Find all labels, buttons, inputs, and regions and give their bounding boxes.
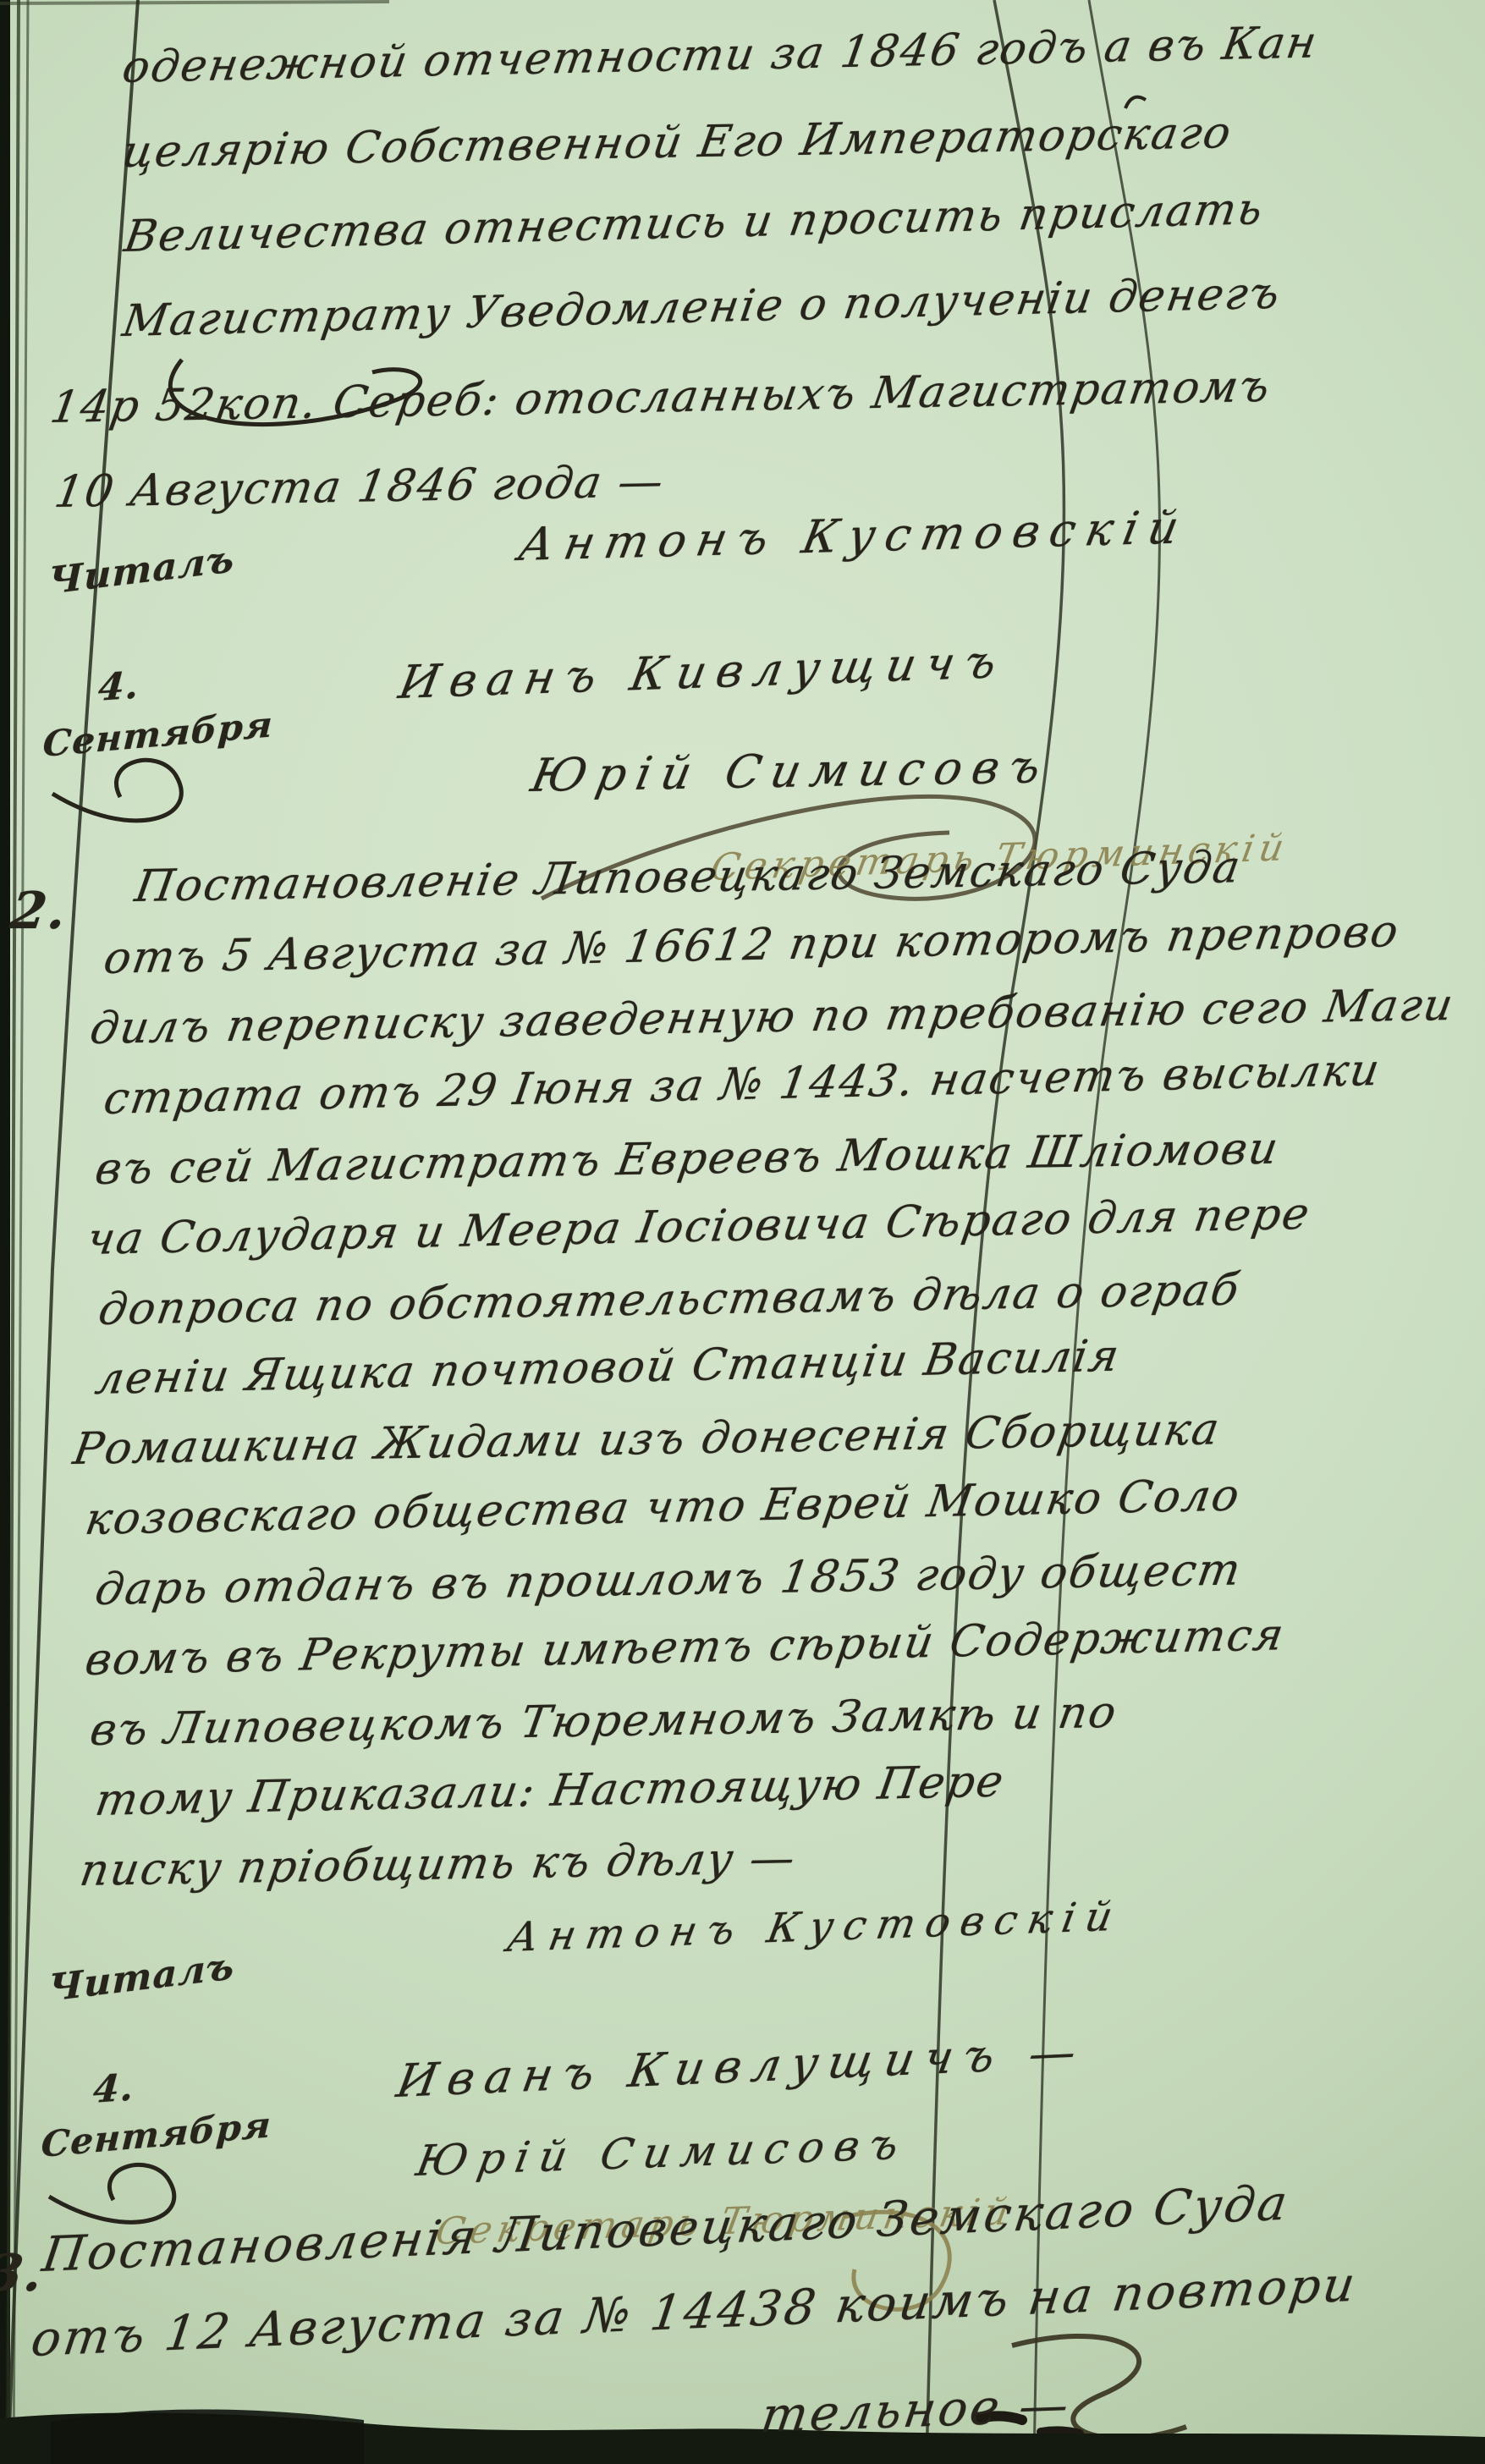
top-edge-shadow xyxy=(0,2,389,3)
margin-note-day: 4. xyxy=(96,664,140,710)
bottom-edge-blob xyxy=(51,2409,364,2464)
margin-note-day: 4. xyxy=(91,2066,135,2112)
ink-mark xyxy=(1125,97,1146,108)
manuscript-line: тельное — xyxy=(758,2377,1075,2444)
signature-ratman-2: Юрій Симисовъ xyxy=(527,740,1056,802)
flourish-margin-1 xyxy=(52,760,181,820)
manuscript-line: 10 Августа 1846 года — xyxy=(51,456,668,518)
entry-number: 2. xyxy=(7,882,71,941)
manuscript-page: оденежной отчетности за 1846 годъ а въ К… xyxy=(0,0,1485,2464)
flourish-margin-2 xyxy=(49,2164,174,2222)
